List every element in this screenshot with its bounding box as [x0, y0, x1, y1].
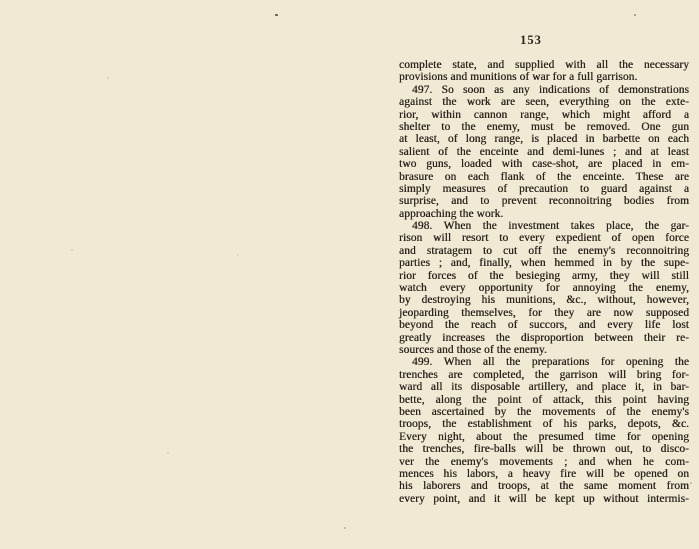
text-block: complete state, and supplied with all th…: [399, 59, 689, 505]
scanned-book-page: 153 complete state, and supplied with al…: [0, 0, 699, 549]
text-line: surprise, and to prevent reconnoitring b…: [399, 195, 689, 207]
text-line: against the work are seen, everything on…: [399, 96, 689, 108]
text-line: troops, the establishment of his parks, …: [399, 418, 689, 430]
text-line: rior forces of the besieging army, they …: [399, 270, 689, 282]
text-line: ver the enemy's movements ; and when he …: [399, 456, 689, 468]
text-line: bette, along the point of attack, this p…: [399, 394, 689, 406]
text-line: 498. When the investment takes place, th…: [399, 220, 689, 232]
text-line: greatly increases the disproportion betw…: [399, 332, 689, 344]
scan-speck: [275, 14, 278, 16]
scan-speck: [344, 527, 346, 529]
text-line: sources and those of the enemy.: [399, 344, 689, 356]
text-line: 497. So soon as any indications of demon…: [399, 84, 689, 96]
text-line: Every night, about the presumed time for…: [399, 431, 689, 443]
text-line: provisions and munitions of war for a fu…: [399, 71, 689, 83]
page-number: 153: [399, 33, 663, 48]
text-line: at least, of long range, is placed in ba…: [399, 133, 689, 145]
text-line: every point, and it will be kept up with…: [399, 493, 689, 505]
text-line: salient of the enceinte and demi-lunes ;…: [399, 146, 689, 158]
text-line: 499. When all the preparations for openi…: [399, 356, 689, 368]
text-line: watch every opportunity for annoying the…: [399, 282, 689, 294]
scan-speck: [690, 482, 692, 484]
text-line: brasure on each flank of the enceinte. T…: [399, 171, 689, 183]
text-line: shelter to the enemy, must be removed. O…: [399, 121, 689, 133]
text-line: the trenches, fire-balls will be thrown …: [399, 443, 689, 455]
scan-speck: [634, 14, 636, 16]
text-line: trenches are completed, the garrison wil…: [399, 369, 689, 381]
scan-speck: [71, 249, 73, 251]
text-line: approaching the work.: [399, 208, 689, 220]
text-line: jeoparding themselves, for they are now …: [399, 307, 689, 319]
scan-speck: [107, 77, 109, 79]
text-line: rior, within cannon range, which might a…: [399, 109, 689, 121]
text-line: parties ; and, finally, when hemmed in b…: [399, 257, 689, 269]
text-line: and stratagem to cut off the enemy's rec…: [399, 245, 689, 257]
text-line: simply measures of precaution to guard a…: [399, 183, 689, 195]
text-line: ward all its disposable artillery, and p…: [399, 381, 689, 393]
text-line: beyond the reach of succors, and every l…: [399, 319, 689, 331]
text-line: mences his labors, a heavy fire will be …: [399, 468, 689, 480]
text-line: by destroying his munitions, &c., withou…: [399, 294, 689, 306]
scan-speck: [237, 254, 239, 256]
scan-speck: [167, 452, 169, 454]
text-line: complete state, and supplied with all th…: [399, 59, 689, 71]
text-line: rison will resort to every expedient of …: [399, 232, 689, 244]
text-line: two guns, loaded with case-shot, are pla…: [399, 158, 689, 170]
text-line: his laborers and troops, at the same mom…: [399, 480, 689, 492]
text-line: been ascertained by the movements of the…: [399, 406, 689, 418]
